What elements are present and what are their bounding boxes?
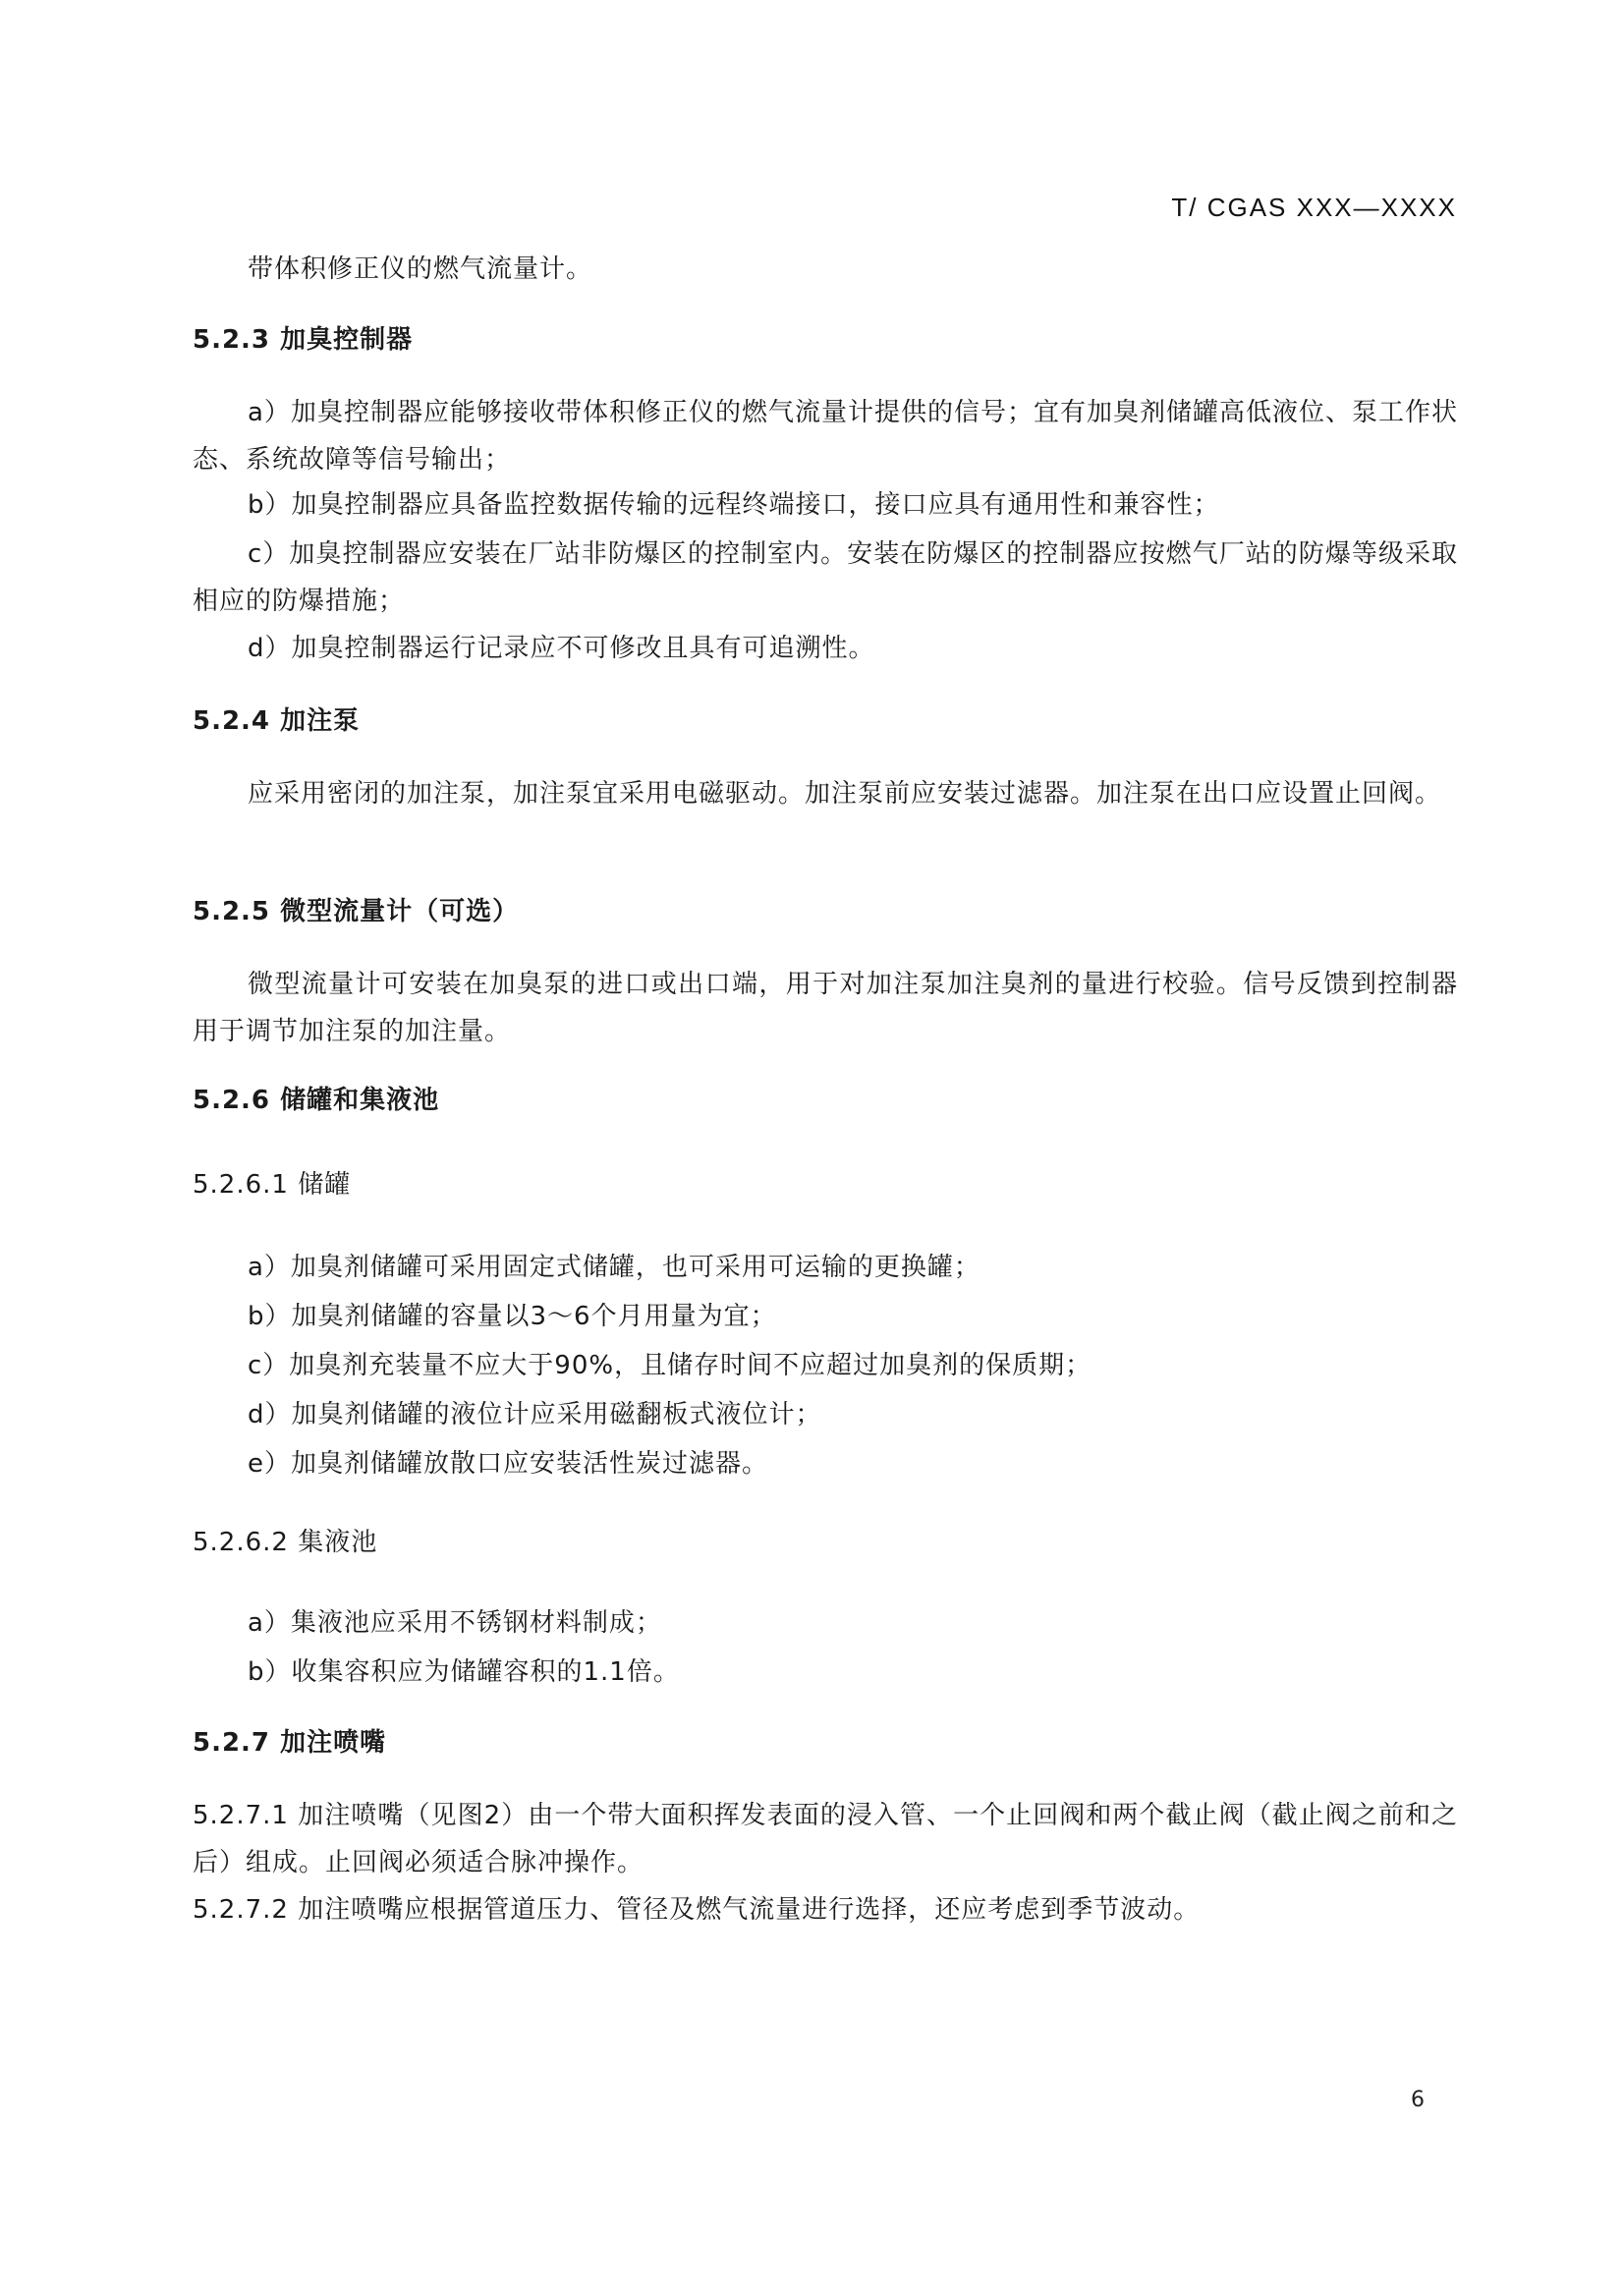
document-code-header: T/ CGAS XXX—XXXX — [1171, 193, 1457, 223]
list-item: b）加臭控制器应具备监控数据传输的远程终端接口，接口应具有通用性和兼容性； — [193, 481, 1458, 529]
paragraph: 微型流量计可安装在加臭泵的进口或出口端，用于对加注泵加注臭剂的量进行校验。信号反… — [193, 961, 1458, 1055]
section-heading-5-2-4: 5.2.4 加注泵 — [193, 698, 1458, 745]
section-heading-5-2-5: 5.2.5 微型流量计（可选） — [193, 888, 1458, 935]
list-item: a）加臭控制器应能够接收带体积修正仪的燃气流量计提供的信号；宜有加臭剂储罐高低液… — [193, 389, 1458, 483]
list-item: b）加臭剂储罐的容量以3～6个月用量为宜； — [193, 1293, 1458, 1340]
page-number: 6 — [1411, 2088, 1425, 2112]
document-page: T/ CGAS XXX—XXXX 带体积修正仪的燃气流量计。 5.2.3 加臭控… — [0, 0, 1624, 2296]
clause-5-2-7-1: 5.2.7.1 加注喷嘴（见图2）由一个带大面积挥发表面的浸入管、一个止回阀和两… — [193, 1792, 1458, 1886]
list-item: e）加臭剂储罐放散口应安装活性炭过滤器。 — [193, 1440, 1458, 1487]
list-item: d）加臭控制器运行记录应不可修改且具有可追溯性。 — [193, 625, 1458, 672]
list-item: a）加臭剂储罐可采用固定式储罐，也可采用可运输的更换罐； — [193, 1244, 1458, 1291]
list-item: a）集液池应采用不锈钢材料制成； — [193, 1599, 1458, 1647]
clause-5-2-7-2: 5.2.7.2 加注喷嘴应根据管道压力、管径及燃气流量进行选择，还应考虑到季节波… — [193, 1886, 1458, 1933]
subsection-heading-5-2-6-2: 5.2.6.2 集液池 — [193, 1519, 1458, 1566]
section-heading-5-2-6: 5.2.6 储罐和集液池 — [193, 1077, 1458, 1124]
list-item: b）收集容积应为储罐容积的1.1倍。 — [193, 1649, 1458, 1696]
list-item: c）加臭控制器应安装在厂站非防爆区的控制室内。安装在防爆区的控制器应按燃气厂站的… — [193, 531, 1458, 625]
list-item: d）加臭剂储罐的液位计应采用磁翻板式液位计； — [193, 1391, 1458, 1438]
continuation-text: 带体积修正仪的燃气流量计。 — [193, 246, 1458, 293]
subsection-heading-5-2-6-1: 5.2.6.1 储罐 — [193, 1161, 1458, 1208]
list-item: c）加臭剂充装量不应大于90%，且储存时间不应超过加臭剂的保质期； — [193, 1342, 1458, 1389]
paragraph: 应采用密闭的加注泵，加注泵宜采用电磁驱动。加注泵前应安装过滤器。加注泵在出口应设… — [193, 770, 1458, 817]
section-heading-5-2-7: 5.2.7 加注喷嘴 — [193, 1719, 1458, 1766]
section-heading-5-2-3: 5.2.3 加臭控制器 — [193, 316, 1458, 364]
